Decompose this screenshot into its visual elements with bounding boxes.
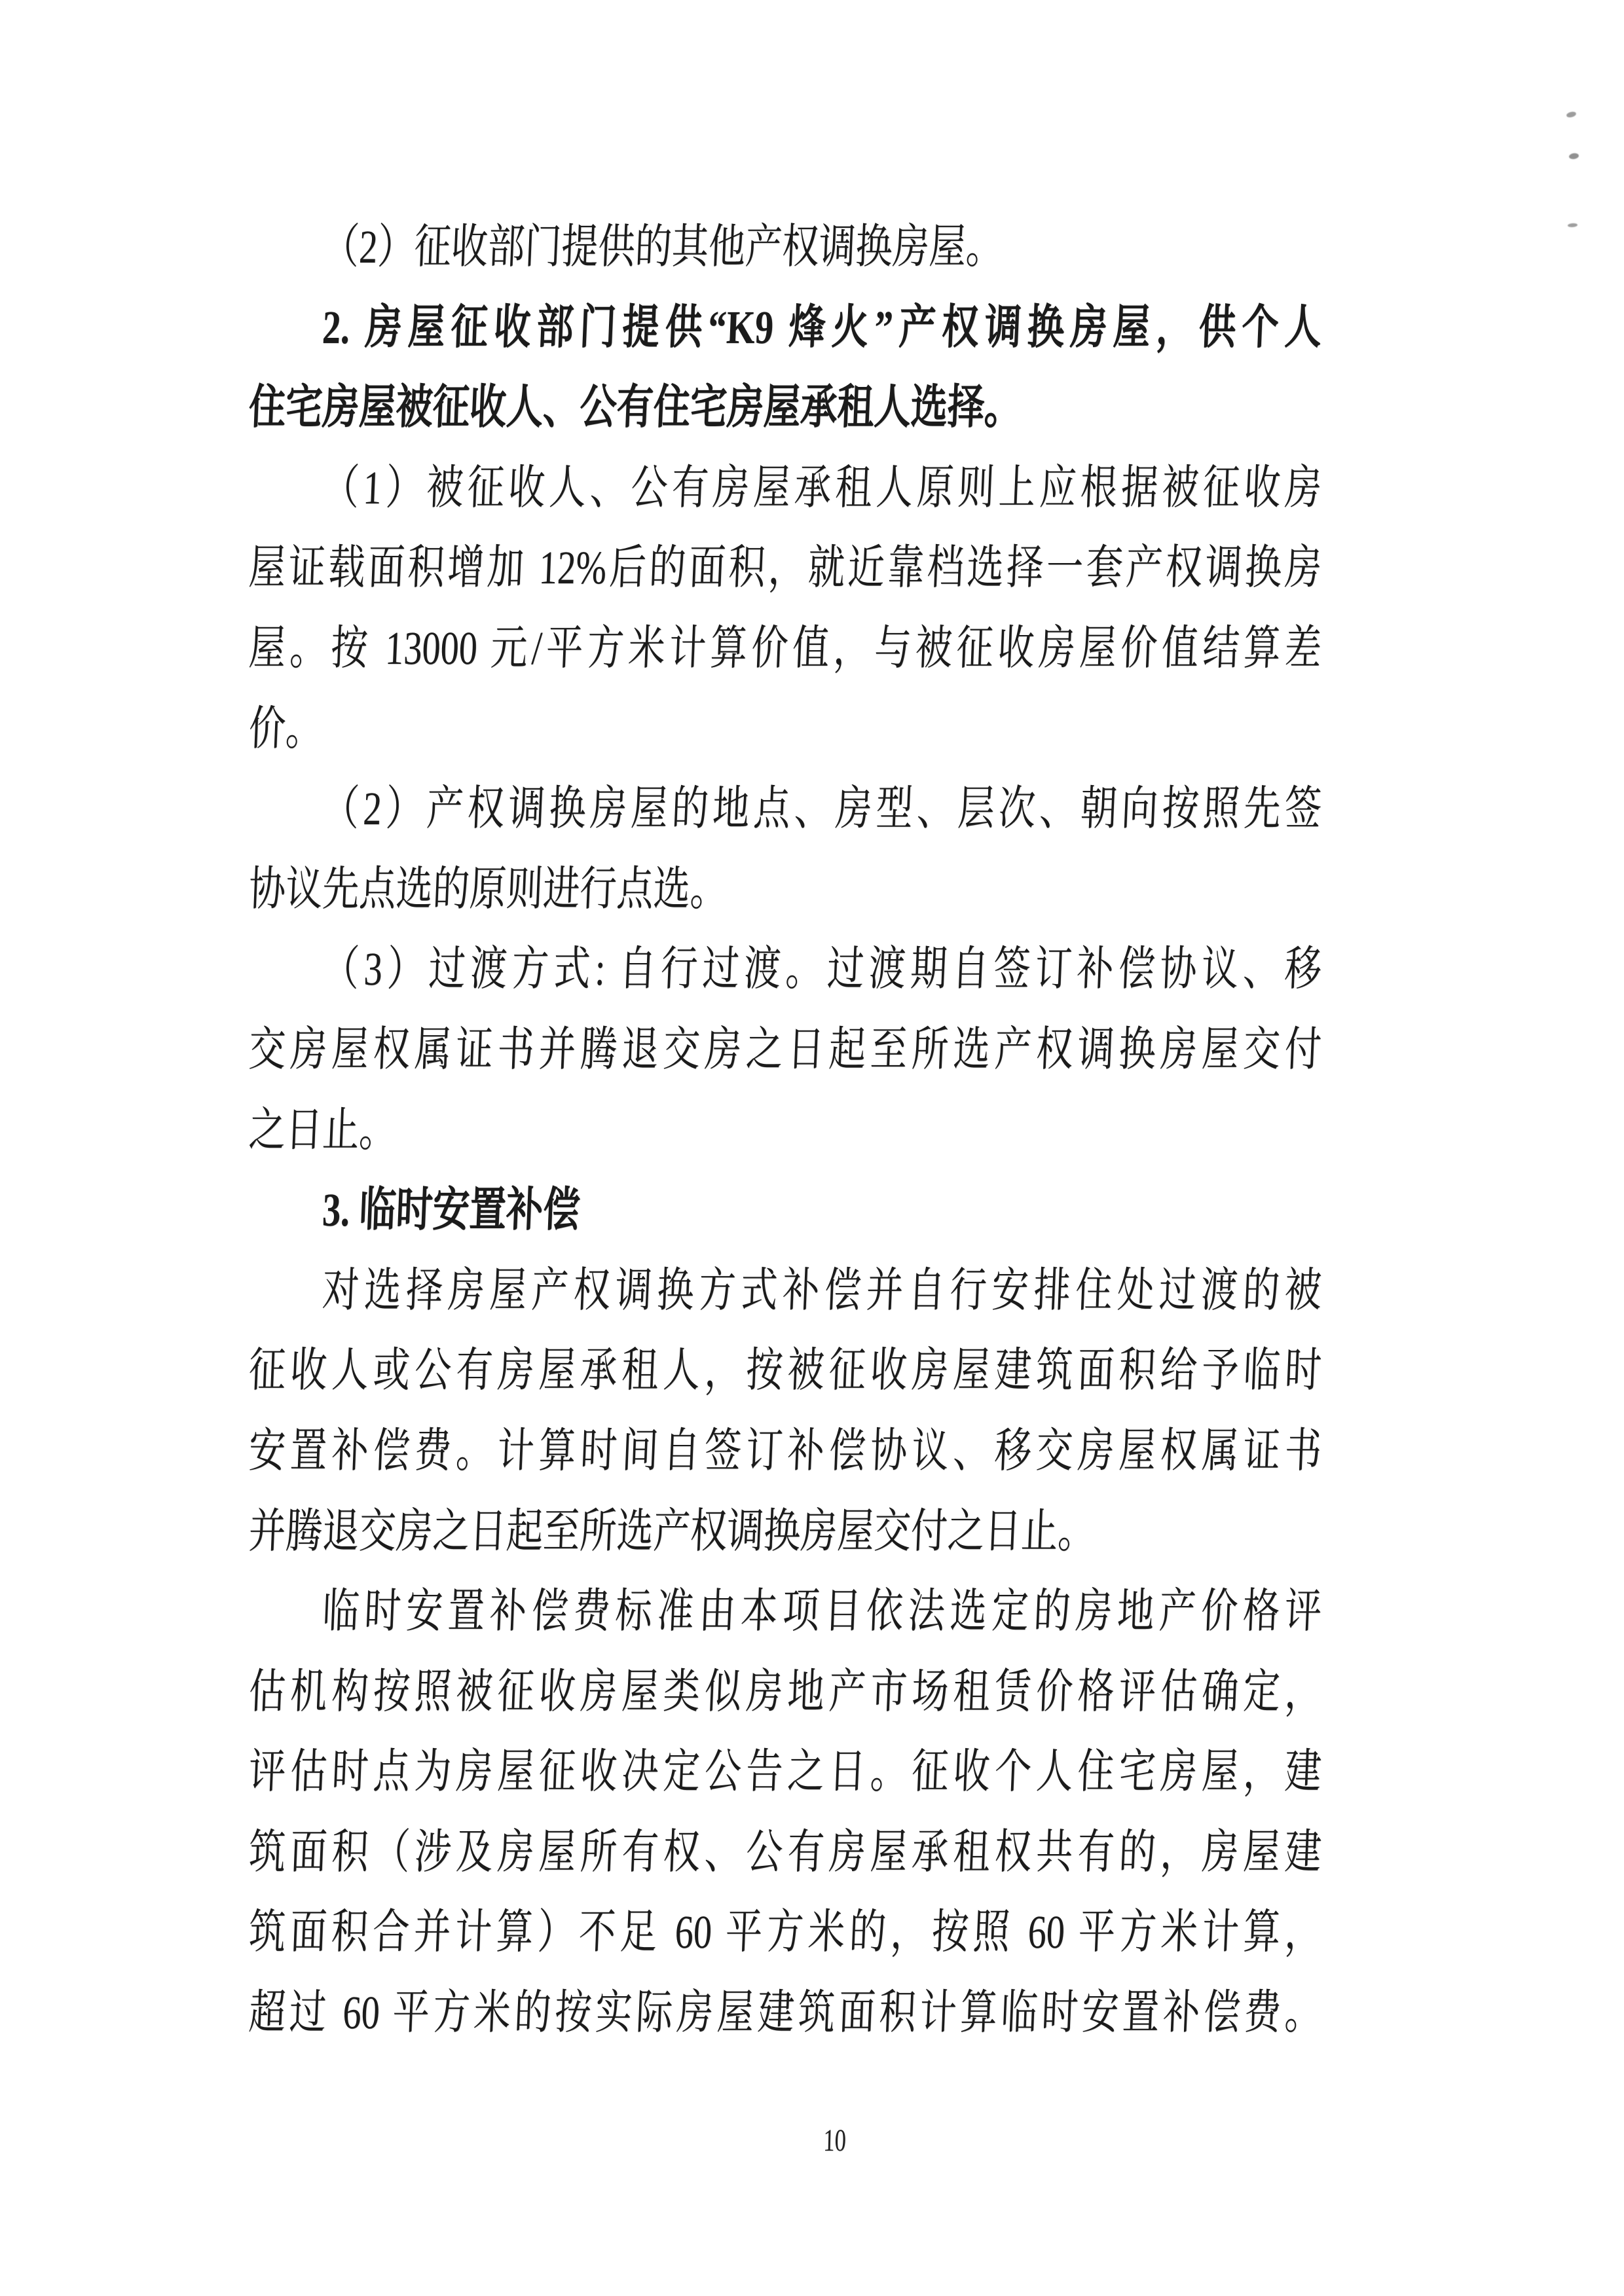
text-line: 交房屋权属证书并腾退交房之日起至所选产权调换房屋交付 [247, 1010, 1323, 1090]
text-line: 评估时点为房屋征收决定公告之日。征收个人住宅房屋，建 [247, 1732, 1323, 1812]
text-line: 安置补偿费。计算时间自签订补偿协议、移交房屋权属证书 [247, 1411, 1323, 1491]
text-line: 临时安置补偿费标准由本项目依法选定的房地产价格评 [247, 1571, 1323, 1652]
text-line: 超过 60 平方米的按实际房屋建筑面积计算临时安置补偿费。 [247, 1973, 1323, 2053]
text-line: 协议先点选的原则进行点选。 [247, 849, 1323, 930]
text-line: 之日止。 [247, 1090, 1323, 1171]
text-line: （2）产权调换房屋的地点、房型、层次、朝向按照先签 [247, 769, 1323, 849]
text-line: 屋。按 13000 元/平方米计算价值，与被征收房屋价值结算差 [247, 608, 1323, 689]
text-line: 2. 房屋征收部门提供“K9 烽火”产权调换房屋，供个人 [247, 287, 1323, 368]
text-line: 估机构按照被征收房屋类似房地产市场租赁价格评估确定， [247, 1652, 1323, 1732]
text-line: 筑面积合并计算）不足 60 平方米的，按照 60 平方米计算， [247, 1892, 1323, 1973]
text-line: （3）过渡方式: 自行过渡。过渡期自签订补偿协议、移 [247, 929, 1323, 1010]
text-line: （1）被征收人、公有房屋承租人原则上应根据被征收房 [247, 448, 1323, 528]
text-line: 价。 [247, 689, 1323, 769]
text-line: 并腾退交房之日起至所选产权调换房屋交付之日止。 [247, 1491, 1323, 1572]
text-line: 屋证载面积增加 12%后的面积，就近靠档选择一套产权调换房 [247, 528, 1323, 608]
page-number: 10 [823, 2125, 847, 2157]
text-line: 对选择房屋产权调换方式补偿并自行安排住处过渡的被 [247, 1250, 1323, 1331]
text-line: 3. 临时安置补偿 [247, 1170, 1323, 1250]
document-body: （2）征收部门提供的其他产权调换房屋。2. 房屋征收部门提供“K9 烽火”产权调… [249, 207, 1321, 2053]
text-line: 住宅房屋被征收人、公有住宅房屋承租人选择。 [247, 367, 1323, 448]
text-line: （2）征收部门提供的其他产权调换房屋。 [247, 207, 1323, 287]
text-line: 筑面积（涉及房屋所有权、公有房屋承租权共有的，房屋建 [247, 1812, 1323, 1893]
scan-mark [1566, 111, 1576, 118]
text-line: 征收人或公有房屋承租人，按被征收房屋建筑面积给予临时 [247, 1330, 1323, 1411]
scanned-document-page: （2）征收部门提供的其他产权调换房屋。2. 房屋征收部门提供“K9 烽火”产权调… [0, 0, 1624, 2296]
scan-mark [1568, 153, 1579, 160]
scan-mark [1568, 223, 1578, 227]
